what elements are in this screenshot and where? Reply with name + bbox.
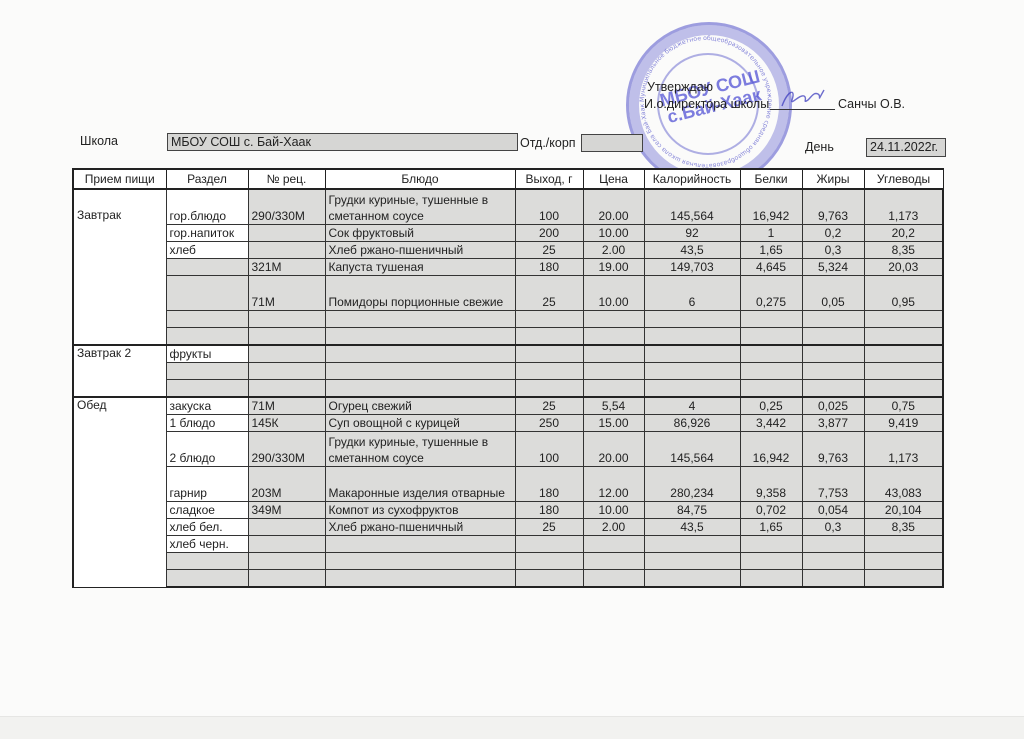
cell-calories: [644, 570, 740, 588]
cell-price: 5,54: [583, 397, 644, 415]
meal-name-cell: Завтрак 2: [73, 345, 166, 397]
cell-yield: [515, 553, 583, 570]
signature-icon: [778, 86, 828, 110]
cell-section: [166, 553, 248, 570]
cell-carbs: [864, 570, 943, 588]
cell-calories: [644, 328, 740, 346]
cell-calories: 84,75: [644, 502, 740, 519]
cell-section: [166, 311, 248, 328]
table-row: [73, 380, 943, 398]
cell-fat: 7,753: [802, 467, 864, 502]
approve-label: Утверждаю: [647, 80, 713, 94]
cell-carbs: 0,75: [864, 397, 943, 415]
table-row: [73, 553, 943, 570]
cell-carbs: 20,03: [864, 259, 943, 276]
cell-protein: [740, 380, 802, 398]
cell-price: 20.00: [583, 189, 644, 225]
cell-recipe: [248, 536, 325, 553]
cell-dish: Компот из сухофруктов: [325, 502, 515, 519]
cell-fat: 5,324: [802, 259, 864, 276]
cell-fat: [802, 345, 864, 363]
cell-dish: Суп овощной с курицей: [325, 415, 515, 432]
column-header: Белки: [740, 169, 802, 189]
cell-carbs: [864, 380, 943, 398]
cell-protein: 16,942: [740, 432, 802, 467]
menu-table: Прием пищиРаздел№ рец.БлюдоВыход, гЦенаК…: [72, 168, 944, 588]
cell-price: 12.00: [583, 467, 644, 502]
cell-carbs: 0,95: [864, 276, 943, 311]
table-row: [73, 363, 943, 380]
cell-calories: [644, 363, 740, 380]
cell-dish: Грудки куриные, тушенные в сметанном соу…: [325, 189, 515, 225]
cell-carbs: 20,104: [864, 502, 943, 519]
cell-carbs: [864, 345, 943, 363]
cell-recipe: 71М: [248, 276, 325, 311]
page-bottom-edge: [0, 716, 1024, 739]
cell-dish: Грудки куриные, тушенные в сметанном соу…: [325, 432, 515, 467]
cell-calories: 145,564: [644, 432, 740, 467]
cell-price: [583, 536, 644, 553]
day-field[interactable]: 24.11.2022г.: [866, 138, 946, 157]
table-row: 71МПомидоры порционные свежие2510.0060,2…: [73, 276, 943, 311]
cell-protein: [740, 311, 802, 328]
cell-recipe: 349М: [248, 502, 325, 519]
table-row: [73, 311, 943, 328]
cell-dish: Огурец свежий: [325, 397, 515, 415]
cell-yield: [515, 570, 583, 588]
cell-yield: 100: [515, 432, 583, 467]
cell-fat: 0,2: [802, 225, 864, 242]
cell-calories: 280,234: [644, 467, 740, 502]
cell-protein: 0,275: [740, 276, 802, 311]
cell-calories: 4: [644, 397, 740, 415]
cell-calories: 43,5: [644, 242, 740, 259]
school-label: Школа: [80, 134, 118, 148]
cell-yield: 180: [515, 259, 583, 276]
cell-recipe: [248, 225, 325, 242]
cell-fat: 0,025: [802, 397, 864, 415]
cell-calories: [644, 345, 740, 363]
cell-price: [583, 553, 644, 570]
director-name: Санчы О.В.: [838, 97, 905, 111]
cell-fat: 9,763: [802, 189, 864, 225]
cell-fat: [802, 363, 864, 380]
column-header: Жиры: [802, 169, 864, 189]
cell-yield: [515, 328, 583, 346]
table-row: [73, 328, 943, 346]
table-row: гарнир203ММакаронные изделия отварные180…: [73, 467, 943, 502]
table-row: 321МКапуста тушеная18019.00149,7034,6455…: [73, 259, 943, 276]
cell-price: [583, 570, 644, 588]
table-row: Завтрак 2фрукты: [73, 345, 943, 363]
cell-carbs: 1,173: [864, 432, 943, 467]
cell-carbs: [864, 328, 943, 346]
cell-yield: 200: [515, 225, 583, 242]
cell-recipe: 145К: [248, 415, 325, 432]
cell-recipe: 290/330М: [248, 432, 325, 467]
cell-recipe: [248, 553, 325, 570]
cell-fat: 0,3: [802, 242, 864, 259]
cell-protein: [740, 328, 802, 346]
cell-recipe: [248, 519, 325, 536]
table-row: Обедзакуска71МОгурец свежий255,5440,250,…: [73, 397, 943, 415]
cell-calories: [644, 311, 740, 328]
cell-fat: 0,054: [802, 502, 864, 519]
cell-yield: 180: [515, 467, 583, 502]
cell-protein: 16,942: [740, 189, 802, 225]
cell-protein: 1: [740, 225, 802, 242]
cell-yield: 25: [515, 242, 583, 259]
table-header-row: Прием пищиРаздел№ рец.БлюдоВыход, гЦенаК…: [73, 169, 943, 189]
cell-protein: 0,702: [740, 502, 802, 519]
cell-section: хлеб бел.: [166, 519, 248, 536]
column-header: Цена: [583, 169, 644, 189]
cell-yield: 25: [515, 276, 583, 311]
cell-dish: [325, 380, 515, 398]
cell-carbs: [864, 536, 943, 553]
cell-dish: [325, 311, 515, 328]
cell-price: [583, 311, 644, 328]
cell-carbs: 8,35: [864, 519, 943, 536]
cell-section: гарнир: [166, 467, 248, 502]
meal-name-cell: Обед: [73, 397, 166, 587]
cell-section: закуска: [166, 397, 248, 415]
cell-price: 10.00: [583, 225, 644, 242]
cell-recipe: [248, 570, 325, 588]
cell-carbs: [864, 363, 943, 380]
cell-section: 2 блюдо: [166, 432, 248, 467]
cell-fat: 9,763: [802, 432, 864, 467]
cell-section: сладкое: [166, 502, 248, 519]
cell-recipe: [248, 242, 325, 259]
cell-carbs: 43,083: [864, 467, 943, 502]
cell-section: [166, 259, 248, 276]
table-row: хлебХлеб ржано-пшеничный252.0043,51,650,…: [73, 242, 943, 259]
cell-recipe: [248, 345, 325, 363]
cell-carbs: [864, 553, 943, 570]
cell-yield: [515, 380, 583, 398]
cell-recipe: [248, 380, 325, 398]
cell-section: [166, 328, 248, 346]
cell-protein: 1,65: [740, 519, 802, 536]
cell-dish: Капуста тушеная: [325, 259, 515, 276]
cell-yield: 25: [515, 519, 583, 536]
cell-price: [583, 380, 644, 398]
table-row: 2 блюдо290/330МГрудки куриные, тушенные …: [73, 432, 943, 467]
cell-carbs: [864, 311, 943, 328]
cell-price: 15.00: [583, 415, 644, 432]
cell-carbs: 20,2: [864, 225, 943, 242]
cell-calories: 6: [644, 276, 740, 311]
cell-dish: Хлеб ржано-пшеничный: [325, 242, 515, 259]
cell-recipe: [248, 363, 325, 380]
cell-calories: [644, 380, 740, 398]
table-row: Завтракгор.блюдо290/330МГрудки куриные, …: [73, 189, 943, 225]
cell-dish: Макаронные изделия отварные: [325, 467, 515, 502]
cell-yield: [515, 311, 583, 328]
cell-fat: [802, 380, 864, 398]
cell-section: хлеб черн.: [166, 536, 248, 553]
cell-section: гор.блюдо: [166, 189, 248, 225]
cell-calories: [644, 553, 740, 570]
cell-section: [166, 276, 248, 311]
cell-section: фрукты: [166, 345, 248, 363]
day-label: День: [805, 140, 834, 154]
cell-protein: [740, 345, 802, 363]
cell-fat: [802, 328, 864, 346]
cell-section: 1 блюдо: [166, 415, 248, 432]
column-header: Прием пищи: [73, 169, 166, 189]
cell-calories: 86,926: [644, 415, 740, 432]
cell-recipe: 290/330М: [248, 189, 325, 225]
cell-fat: [802, 311, 864, 328]
cell-dish: Помидоры порционные свежие: [325, 276, 515, 311]
cell-protein: 9,358: [740, 467, 802, 502]
cell-dish: Сок фруктовый: [325, 225, 515, 242]
cell-recipe: 203М: [248, 467, 325, 502]
cell-section: гор.напиток: [166, 225, 248, 242]
cell-protein: [740, 363, 802, 380]
cell-calories: 92: [644, 225, 740, 242]
column-header: Выход, г: [515, 169, 583, 189]
cell-calories: 145,564: [644, 189, 740, 225]
table-row: хлеб бел.Хлеб ржано-пшеничный252.0043,51…: [73, 519, 943, 536]
cell-yield: [515, 345, 583, 363]
column-header: № рец.: [248, 169, 325, 189]
cell-yield: 100: [515, 189, 583, 225]
dept-label: Отд./корп: [520, 136, 576, 150]
cell-protein: [740, 570, 802, 588]
cell-price: [583, 363, 644, 380]
cell-price: 10.00: [583, 502, 644, 519]
cell-dish: Хлеб ржано-пшеничный: [325, 519, 515, 536]
cell-yield: [515, 536, 583, 553]
cell-price: 2.00: [583, 242, 644, 259]
cell-protein: [740, 553, 802, 570]
column-header: Раздел: [166, 169, 248, 189]
cell-carbs: 8,35: [864, 242, 943, 259]
cell-yield: 25: [515, 397, 583, 415]
cell-protein: 1,65: [740, 242, 802, 259]
cell-dish: [325, 363, 515, 380]
cell-fat: [802, 553, 864, 570]
cell-fat: 3,877: [802, 415, 864, 432]
cell-dish: [325, 536, 515, 553]
cell-carbs: 9,419: [864, 415, 943, 432]
cell-protein: 0,25: [740, 397, 802, 415]
cell-section: [166, 363, 248, 380]
cell-calories: 149,703: [644, 259, 740, 276]
cell-section: [166, 380, 248, 398]
cell-recipe: 321М: [248, 259, 325, 276]
column-header: Калорийность: [644, 169, 740, 189]
cell-price: 19.00: [583, 259, 644, 276]
cell-yield: 180: [515, 502, 583, 519]
cell-protein: [740, 536, 802, 553]
table-row: хлеб черн.: [73, 536, 943, 553]
cell-section: хлеб: [166, 242, 248, 259]
table-row: гор.напитокСок фруктовый20010.009210,220…: [73, 225, 943, 242]
table-row: сладкое349МКомпот из сухофруктов18010.00…: [73, 502, 943, 519]
cell-calories: [644, 536, 740, 553]
cell-recipe: [248, 311, 325, 328]
cell-yield: 250: [515, 415, 583, 432]
table-row: 1 блюдо145КСуп овощной с курицей25015.00…: [73, 415, 943, 432]
table-row: [73, 570, 943, 588]
cell-price: 10.00: [583, 276, 644, 311]
cell-fat: 0,05: [802, 276, 864, 311]
cell-carbs: 1,173: [864, 189, 943, 225]
school-field[interactable]: МБОУ СОШ с. Бай-Хаак: [167, 133, 518, 151]
cell-recipe: 71М: [248, 397, 325, 415]
cell-calories: 43,5: [644, 519, 740, 536]
cell-yield: [515, 363, 583, 380]
cell-dish: [325, 345, 515, 363]
cell-fat: 0,3: [802, 519, 864, 536]
director-position: И.о.директора школы: [644, 97, 769, 111]
cell-recipe: [248, 328, 325, 346]
cell-dish: [325, 328, 515, 346]
cell-price: 20.00: [583, 432, 644, 467]
meal-name-cell: Завтрак: [73, 189, 166, 345]
cell-price: [583, 345, 644, 363]
column-header: Углеводы: [864, 169, 943, 189]
cell-fat: [802, 570, 864, 588]
cell-price: [583, 328, 644, 346]
cell-protein: 4,645: [740, 259, 802, 276]
column-header: Блюдо: [325, 169, 515, 189]
cell-dish: [325, 553, 515, 570]
dept-field[interactable]: [581, 134, 643, 152]
cell-protein: 3,442: [740, 415, 802, 432]
cell-dish: [325, 570, 515, 588]
cell-fat: [802, 536, 864, 553]
cell-section: [166, 570, 248, 588]
cell-price: 2.00: [583, 519, 644, 536]
